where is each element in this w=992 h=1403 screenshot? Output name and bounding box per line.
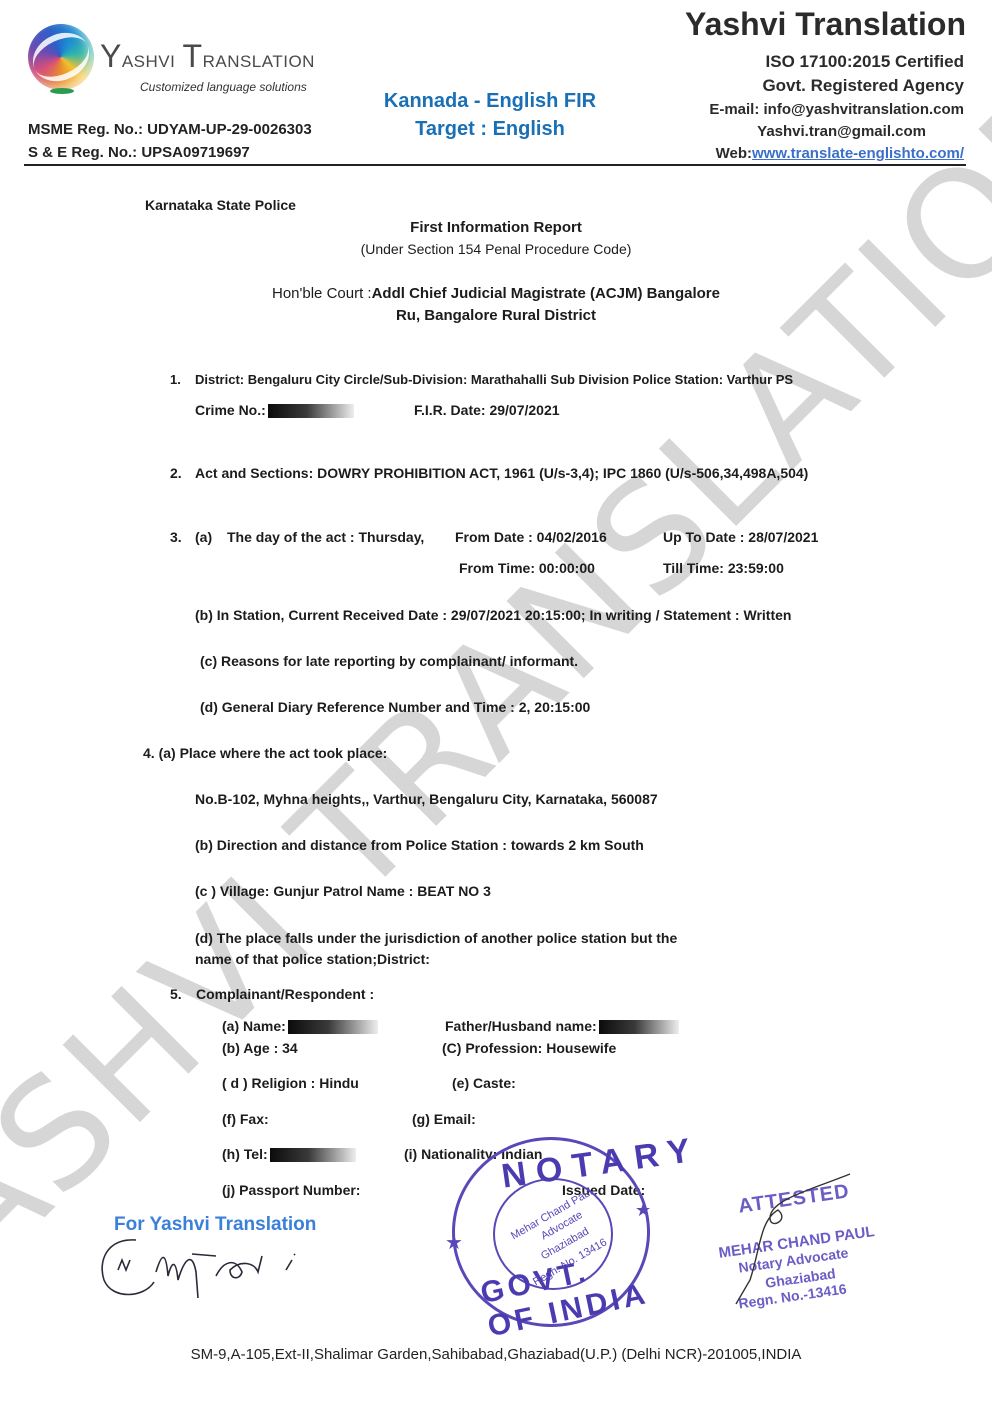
- logo-tagline: Customized language solutions: [140, 80, 307, 94]
- page-subtitle: (Under Section 154 Penal Procedure Code): [0, 241, 992, 257]
- govt-registration: Govt. Registered Agency: [762, 76, 964, 96]
- jurisdiction-line2: name of that police station;District:: [195, 951, 430, 967]
- star-icon: ★: [635, 1200, 651, 1221]
- redacted-crime-number: [268, 404, 354, 418]
- court-line: Hon'ble Court :Addl Chief Judicial Magis…: [0, 285, 992, 302]
- fir-date: F.I.R. Date: 29/07/2021: [414, 402, 560, 418]
- brand-title: Yashvi Translation: [685, 6, 966, 43]
- father-husband-name: Father/Husband name:: [445, 1018, 679, 1034]
- place-of-act-heading: 4. (a) Place where the act took place:: [143, 745, 387, 761]
- notary-stamp-top-text: NOTARY: [499, 1130, 702, 1196]
- from-date: From Date : 04/02/2016: [455, 529, 607, 545]
- name-label: (a) Name:: [222, 1018, 286, 1034]
- complainant-fax: (f) Fax:: [222, 1111, 269, 1127]
- from-time: From Time: 00:00:00: [459, 560, 595, 576]
- tel-label: (h) Tel:: [222, 1146, 268, 1162]
- footer-address: SM-9,A-105,Ext-II,Shalimar Garden,Sahiba…: [0, 1346, 992, 1363]
- received-date: (b) In Station, Current Received Date : …: [195, 607, 791, 623]
- passport-number: (j) Passport Number:: [222, 1182, 360, 1198]
- notary-stamp: NOTARY GOVT. OF INDIA Mehar Chand Paul A…: [452, 1137, 650, 1327]
- se-reg: S & E Reg. No.: UPSA09719697: [28, 144, 250, 161]
- up-to-date: Up To Date : 28/07/2021: [663, 529, 818, 545]
- redacted-tel: [270, 1148, 356, 1162]
- complainant-religion: ( d ) Religion : Hindu: [222, 1075, 359, 1091]
- complainant-profession: (C) Profession: Housewife: [442, 1040, 616, 1056]
- globe-logo-icon: [28, 24, 94, 90]
- court-district: Ru, Bangalore Rural District: [0, 307, 992, 324]
- complainant-age: (b) Age : 34: [222, 1040, 298, 1056]
- fir-target-language: Target : English: [340, 118, 640, 141]
- logo-wordmark: Yashvi Translation: [100, 38, 315, 75]
- jurisdiction-line1: (d) The place falls under the jurisdicti…: [195, 930, 677, 946]
- complainant-tel: (h) Tel:: [222, 1146, 356, 1162]
- father-husband-label: Father/Husband name:: [445, 1018, 597, 1034]
- day-of-act: The day of the act : Thursday,: [227, 529, 424, 545]
- logo-text: ashvi: [122, 46, 183, 73]
- email-primary: E-mail: info@yashvitranslation.com: [709, 101, 964, 118]
- court-label: Hon'ble Court :: [272, 285, 372, 302]
- website-label: Web:: [716, 145, 752, 162]
- general-diary-reference: (d) General Diary Reference Number and T…: [200, 699, 590, 715]
- item1-number: 1.: [170, 372, 181, 387]
- late-reporting-reason: (c) Reasons for late reporting by compla…: [200, 653, 578, 669]
- logo-text: ranslation: [203, 46, 315, 73]
- direction-distance: (b) Direction and distance from Police S…: [195, 837, 644, 853]
- complainant-email: (g) Email:: [412, 1111, 476, 1127]
- item1-district: District: Bengaluru City Circle/Sub-Divi…: [195, 372, 793, 387]
- complainant-heading: Complainant/Respondent :: [196, 986, 374, 1002]
- crime-number-label: Crime No.:: [195, 402, 266, 418]
- complainant-name: (a) Name:: [222, 1018, 378, 1034]
- complainant-caste: (e) Caste:: [452, 1075, 516, 1091]
- agency-name: Karnataka State Police: [145, 197, 296, 213]
- place-address: No.B-102, Myhna heights,, Varthur, Benga…: [195, 791, 658, 807]
- email-secondary: Yashvi.tran@gmail.com: [757, 123, 926, 140]
- item3-number: 3.: [170, 529, 182, 545]
- page-title: First Information Report: [0, 219, 992, 236]
- item5-number: 5.: [170, 986, 182, 1002]
- website-link[interactable]: www.translate-englishto.com/: [752, 145, 964, 162]
- logo-letter: T: [183, 38, 203, 74]
- header-divider: [24, 164, 966, 166]
- msme-reg: MSME Reg. No.: UDYAM-UP-29-0026303: [28, 121, 312, 138]
- signature-icon: [96, 1232, 336, 1302]
- item3-a-label: (a): [195, 529, 212, 545]
- act-and-sections: Act and Sections: DOWRY PROHIBITION ACT,…: [195, 465, 808, 481]
- star-icon: ★: [445, 1230, 463, 1255]
- iso-certification: ISO 17100:2015 Certified: [766, 52, 964, 72]
- redacted-name: [288, 1020, 378, 1034]
- item2-number: 2.: [170, 465, 182, 481]
- crime-number: Crime No.:: [195, 402, 354, 418]
- website-line: Web:www.translate-englishto.com/: [716, 145, 964, 162]
- redacted-father-name: [599, 1020, 679, 1034]
- attest-signature-icon: [730, 1170, 860, 1310]
- court-value: Addl Chief Judicial Magistrate (ACJM) Ba…: [372, 285, 720, 302]
- logo-letter: Y: [100, 38, 122, 74]
- till-time: Till Time: 23:59:00: [663, 560, 784, 576]
- fir-type-title: Kannada - English FIR: [340, 90, 640, 113]
- village-patrol: (c ) Village: Gunjur Patrol Name : BEAT …: [195, 883, 491, 899]
